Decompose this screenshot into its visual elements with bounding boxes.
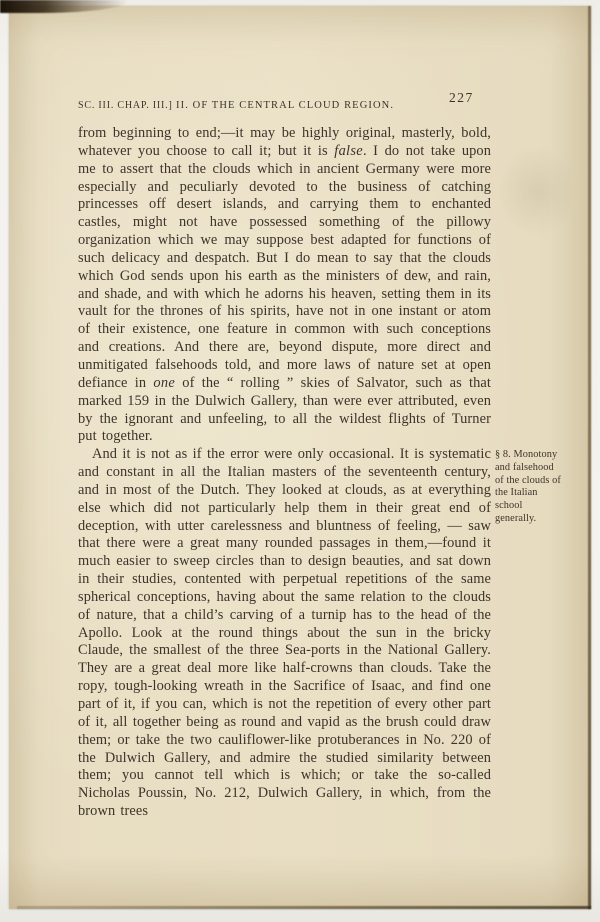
paragraph-2-container: § 8. Monotony and falsehood of the cloud… [78,446,491,821]
running-header-section-label: SC. III. CHAP. III.] [78,100,173,111]
page-number: 227 [449,90,474,106]
body-text-column: from beginning to end;—it may be highly … [78,125,491,821]
scan-corner-shadow [0,0,128,13]
paragraph-1: from beginning to end;—it may be highly … [78,125,491,446]
book-page-scan: SC. III. CHAP. III.] II. OF THE CENTRAL … [9,6,591,909]
paper-show-through-stain [497,146,577,236]
running-header-chapter-title: II. OF THE CENTRAL CLOUD REGION. [176,100,394,111]
margin-note-section-8: § 8. Monotony and falsehood of the cloud… [495,449,587,525]
page-edge-right-shadow [588,6,591,909]
paragraph-1-container: from beginning to end;—it may be highly … [78,125,491,446]
paragraph-2: And it is not as if the error were only … [78,446,491,821]
page-edge-bottom-shadow [17,906,591,909]
